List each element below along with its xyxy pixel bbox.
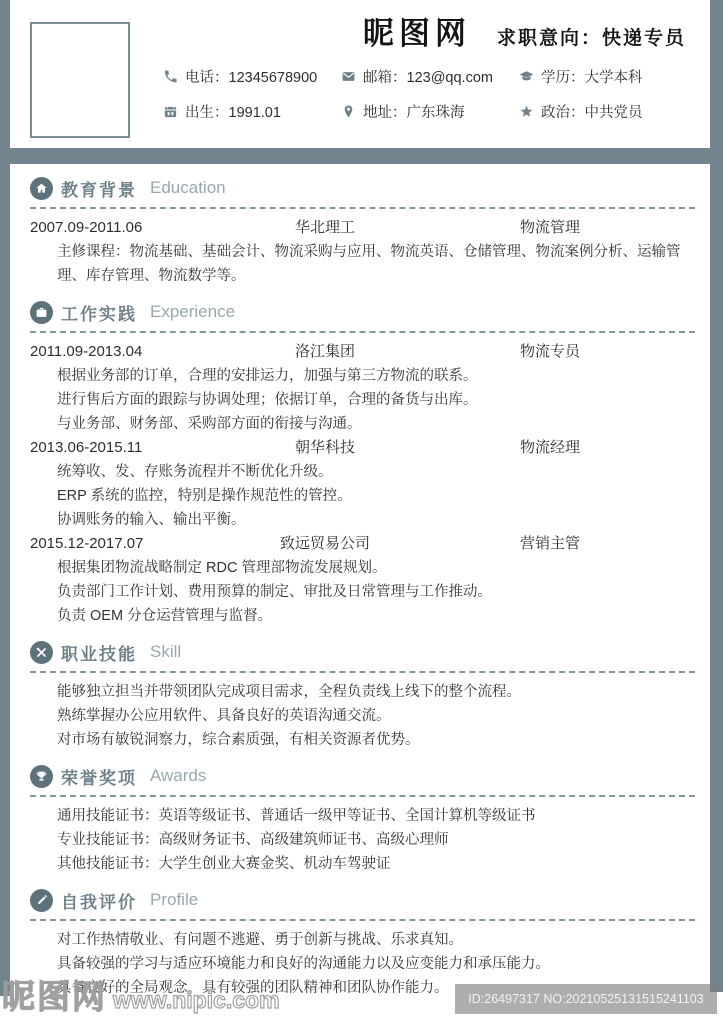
contact-item: 学历：大学本科 bbox=[519, 66, 643, 87]
resume-page: 昵图网 求职意向：快递专员 电话：12345678900 邮箱：123@qq.c… bbox=[0, 0, 723, 1024]
contact-grid: 电话：12345678900 邮箱：123@qq.com 学历：大学本科 出生：… bbox=[163, 66, 643, 122]
entry-lines: 根据业务部的订单，合理的安排运力，加强与第三方物流的联系。进行售后方面的跟踪与协… bbox=[57, 364, 695, 436]
politics-icon bbox=[519, 104, 534, 119]
tools-icon bbox=[30, 641, 53, 664]
section-body: 通用技能证书：英语等级证书、普通话一级甲等证书、全国计算机等级证书专业技能证书：… bbox=[30, 804, 695, 876]
contact-text: 邮箱：123@qq.com bbox=[363, 66, 493, 87]
section-title-cn: 工作实践 bbox=[61, 300, 137, 325]
contact-item: 出生：1991.01 bbox=[163, 101, 341, 122]
entry-line: 协调账务的输入、输出平衡。 bbox=[57, 508, 695, 532]
photo-placeholder bbox=[30, 22, 130, 138]
entry-lines: 根据集团物流战略制定 RDC 管理部物流发展规划。负责部门工作计划、费用预算的制… bbox=[57, 556, 695, 628]
trophy-icon bbox=[30, 765, 53, 788]
section-divider bbox=[30, 795, 695, 797]
entry-line: 根据集团物流战略制定 RDC 管理部物流发展规划。 bbox=[57, 556, 695, 580]
entry-lines: 通用技能证书：英语等级证书、普通话一级甲等证书、全国计算机等级证书专业技能证书：… bbox=[57, 804, 695, 876]
entry: 能够独立担当并带领团队完成项目需求，全程负责线上线下的整个流程。熟练掌握办公应用… bbox=[30, 680, 695, 752]
section-header: 教育背景 Education bbox=[30, 175, 695, 201]
contact-text: 政治：中共党员 bbox=[541, 101, 643, 122]
mail-icon bbox=[341, 69, 356, 84]
entry-role: 物流管理 bbox=[520, 216, 580, 240]
entry-lines: 统筹收、发、存账务流程并不断优化升级。ERP 系统的监控，特别是操作规范性的管控… bbox=[57, 460, 695, 532]
section-title-cn: 荣誉奖项 bbox=[61, 764, 137, 789]
contact-text: 出生：1991.01 bbox=[185, 101, 281, 122]
entry-meta: 2013.06-2015.11 朝华科技 物流经理 bbox=[30, 436, 695, 460]
section-title-en: Skill bbox=[150, 642, 181, 662]
section-title-en: Experience bbox=[150, 302, 235, 322]
entry-line: 主修课程：物流基础、基础会计、物流采购与应用、物流英语、仓储管理、物流案例分析、… bbox=[57, 240, 695, 288]
watermark-site-name: 昵图网 bbox=[2, 971, 107, 1018]
entry: 2013.06-2015.11 朝华科技 物流经理 统筹收、发、存账务流程并不断… bbox=[30, 436, 695, 532]
entry-organization: 朝华科技 bbox=[240, 436, 410, 460]
entry-meta: 2007.09-2011.06 华北理工 物流管理 bbox=[30, 216, 695, 240]
contact-item: 邮箱：123@qq.com bbox=[341, 66, 519, 87]
entry-date: 2011.09-2013.04 bbox=[30, 340, 240, 364]
entry-organization: 洛江集团 bbox=[240, 340, 410, 364]
section-divider bbox=[30, 207, 695, 209]
briefcase-icon bbox=[30, 301, 53, 324]
section-divider bbox=[30, 331, 695, 333]
section-body: 2007.09-2011.06 华北理工 物流管理 主修课程：物流基础、基础会计… bbox=[30, 216, 695, 288]
sections: 教育背景 Education 2007.09-2011.06 华北理工 物流管理… bbox=[10, 164, 710, 1000]
entry-date: 2013.06-2015.11 bbox=[30, 436, 240, 460]
section-divider bbox=[30, 671, 695, 673]
section: 荣誉奖项 Awards 通用技能证书：英语等级证书、普通话一级甲等证书、全国计算… bbox=[30, 763, 695, 876]
entry-line: 进行售后方面的跟踪与协调处理；依据订单，合理的备货与出库。 bbox=[57, 388, 695, 412]
entry-role: 营销主管 bbox=[520, 532, 580, 556]
contact-text: 学历：大学本科 bbox=[541, 66, 643, 87]
entry-line: 专业技能证书：高级财务证书、高级建筑师证书、高级心理师 bbox=[57, 828, 695, 852]
degree-icon bbox=[519, 69, 534, 84]
section-header: 荣誉奖项 Awards bbox=[30, 763, 695, 789]
entry: 2015.12-2017.07 致远贸易公司 营销主管 根据集团物流战略制定 R… bbox=[30, 532, 695, 628]
section-title-en: Profile bbox=[150, 890, 198, 910]
section-body: 2011.09-2013.04 洛江集团 物流专员 根据业务部的订单，合理的安排… bbox=[30, 340, 695, 628]
contact-text: 地址：广东珠海 bbox=[363, 101, 465, 122]
entry: 通用技能证书：英语等级证书、普通话一级甲等证书、全国计算机等级证书专业技能证书：… bbox=[30, 804, 695, 876]
candidate-name: 昵图网 bbox=[363, 8, 471, 53]
section: 教育背景 Education 2007.09-2011.06 华北理工 物流管理… bbox=[30, 175, 695, 288]
entry-line: ERP 系统的监控，特别是操作规范性的管控。 bbox=[57, 484, 695, 508]
phone-icon bbox=[163, 69, 178, 84]
header-divider-bar bbox=[0, 148, 723, 164]
watermark-site-url: www.nipic.com bbox=[113, 987, 280, 1014]
entry-meta: 2011.09-2013.04 洛江集团 物流专员 bbox=[30, 340, 695, 364]
entry-line: 与业务部、财务部、采购部方面的衔接与沟通。 bbox=[57, 412, 695, 436]
entry-line: 负责部门工作计划、费用预算的制定、审批及日常管理与工作推动。 bbox=[57, 580, 695, 604]
entry-organization: 致远贸易公司 bbox=[240, 532, 410, 556]
entry-line: 其他技能证书：大学生创业大赛金奖、机动车驾驶证 bbox=[57, 852, 695, 876]
section-divider bbox=[30, 919, 695, 921]
entry-line: 负责 OEM 分仓运营管理与监督。 bbox=[57, 604, 695, 628]
birth-icon bbox=[163, 104, 178, 119]
watermark-left: 昵图网 www.nipic.com bbox=[2, 971, 280, 1018]
name-row: 昵图网 求职意向：快递专员 bbox=[363, 8, 686, 53]
id-badge: ID:26497317 NO:20210525131515241103 bbox=[455, 984, 717, 1014]
contact-text: 电话：12345678900 bbox=[185, 66, 317, 87]
section-title-en: Education bbox=[150, 178, 226, 198]
entry: 2007.09-2011.06 华北理工 物流管理 主修课程：物流基础、基础会计… bbox=[30, 216, 695, 288]
entry-lines: 主修课程：物流基础、基础会计、物流采购与应用、物流英语、仓储管理、物流案例分析、… bbox=[57, 240, 695, 288]
section-title-cn: 自我评价 bbox=[61, 888, 137, 913]
entry-role: 物流经理 bbox=[520, 436, 580, 460]
section-header: 工作实践 Experience bbox=[30, 299, 695, 325]
entry-organization: 华北理工 bbox=[240, 216, 410, 240]
address-icon bbox=[341, 104, 356, 119]
entry-line: 统筹收、发、存账务流程并不断优化升级。 bbox=[57, 460, 695, 484]
job-intention: 求职意向：快递专员 bbox=[497, 23, 686, 50]
entry-meta: 2015.12-2017.07 致远贸易公司 营销主管 bbox=[30, 532, 695, 556]
section: 工作实践 Experience 2011.09-2013.04 洛江集团 物流专… bbox=[30, 299, 695, 628]
section: 职业技能 Skill 能够独立担当并带领团队完成项目需求，全程负责线上线下的整个… bbox=[30, 639, 695, 752]
entry-date: 2007.09-2011.06 bbox=[30, 216, 240, 240]
section-title-cn: 教育背景 bbox=[61, 176, 137, 201]
header: 昵图网 求职意向：快递专员 电话：12345678900 邮箱：123@qq.c… bbox=[10, 0, 710, 148]
entry-lines: 能够独立担当并带领团队完成项目需求，全程负责线上线下的整个流程。熟练掌握办公应用… bbox=[57, 680, 695, 752]
entry-date: 2015.12-2017.07 bbox=[30, 532, 240, 556]
pencil-icon bbox=[30, 889, 53, 912]
home-icon bbox=[30, 177, 53, 200]
contact-item: 地址：广东珠海 bbox=[341, 101, 519, 122]
entry-line: 通用技能证书：英语等级证书、普通话一级甲等证书、全国计算机等级证书 bbox=[57, 804, 695, 828]
contact-item: 政治：中共党员 bbox=[519, 101, 643, 122]
entry-line: 根据业务部的订单，合理的安排运力，加强与第三方物流的联系。 bbox=[57, 364, 695, 388]
entry-line: 对市场有敏锐洞察力，综合素质强，有相关资源者优势。 bbox=[57, 728, 695, 752]
entry-line: 能够独立担当并带领团队完成项目需求，全程负责线上线下的整个流程。 bbox=[57, 680, 695, 704]
section-header: 职业技能 Skill bbox=[30, 639, 695, 665]
section-header: 自我评价 Profile bbox=[30, 887, 695, 913]
section-title-cn: 职业技能 bbox=[61, 640, 137, 665]
entry-role: 物流专员 bbox=[520, 340, 580, 364]
contact-item: 电话：12345678900 bbox=[163, 66, 341, 87]
section-body: 能够独立担当并带领团队完成项目需求，全程负责线上线下的整个流程。熟练掌握办公应用… bbox=[30, 680, 695, 752]
entry-line: 熟练掌握办公应用软件、具备良好的英语沟通交流。 bbox=[57, 704, 695, 728]
section-title-en: Awards bbox=[150, 766, 206, 786]
entry-line: 对工作热情敬业、有问题不逃避、勇于创新与挑战、乐求真知。 bbox=[57, 928, 695, 952]
entry: 2011.09-2013.04 洛江集团 物流专员 根据业务部的订单，合理的安排… bbox=[30, 340, 695, 436]
